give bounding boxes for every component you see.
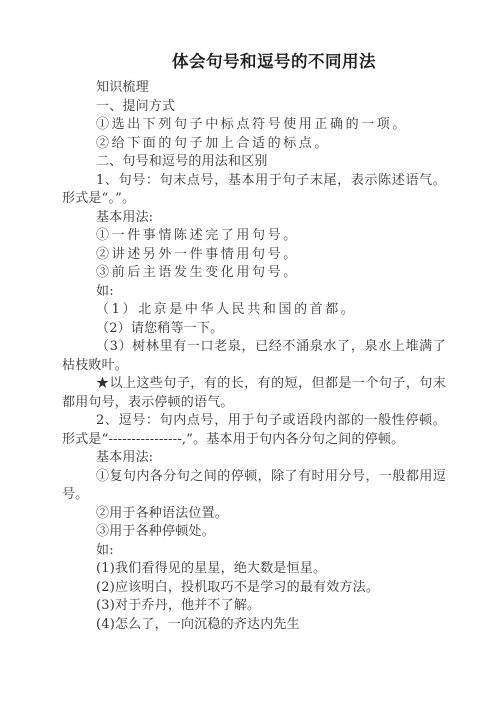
paragraph: （1）北京是中华人民共和国的首都。 (62, 301, 446, 320)
paragraph: ③用于各种停顿处。 (62, 523, 446, 542)
paragraph: 基本用法: (62, 209, 446, 228)
paragraph: 二、句号和逗号的用法和区别 (62, 153, 446, 172)
paragraph: 如: (62, 283, 446, 302)
paragraph: ①选出下列句子中标点符号使用正确的一项。 (62, 116, 446, 135)
paragraph: ②讲述另外一件事情用句号。 (62, 246, 446, 265)
paragraph: (1)我们看得见的星星，绝大数是恒星。 (62, 560, 446, 579)
document-body: 知识梳理一、提问方式①选出下列句子中标点符号使用正确的一项。②给下面的句子加上合… (62, 79, 446, 634)
paragraph: (2)应该明白，投机取巧不是学习的最有效方法。 (62, 579, 446, 598)
paragraph: ①一件事情陈述完了用句号。 (62, 227, 446, 246)
paragraph: 一、提问方式 (62, 98, 446, 117)
paragraph: (4)怎么了，一向沉稳的齐达内先生 (62, 616, 446, 635)
document-title: 体会句号和逗号的不同用法 (62, 50, 446, 74)
paragraph: 知识梳理 (62, 79, 446, 98)
document-page: 体会句号和逗号的不同用法 知识梳理一、提问方式①选出下列句子中标点符号使用正确的… (0, 0, 500, 707)
paragraph: 如: (62, 542, 446, 561)
paragraph: 基本用法: (62, 449, 446, 468)
paragraph: ②给下面的句子加上合适的标点。 (62, 135, 446, 154)
paragraph: 2、逗号：句内点号，用于句子或语段内部的一般性停顿。形式是“----------… (62, 412, 446, 449)
paragraph: （2）请您稍等一下。 (62, 320, 446, 339)
paragraph: ②用于各种语法位置。 (62, 505, 446, 524)
paragraph: ③前后主语发生变化用句号。 (62, 264, 446, 283)
paragraph: 1、句号：句末点号，基本用于句子末尾，表示陈述语气。形式是“。”。 (62, 172, 446, 209)
paragraph: ①复句内各分句之间的停顿，除了有时用分号，一般都用逗号。 (62, 468, 446, 505)
paragraph: （3）树林里有一口老泉，已经不涌泉水了，泉水上堆满了枯枝败叶。 (62, 338, 446, 375)
paragraph: (3)对于乔丹，他并不了解。 (62, 597, 446, 616)
paragraph: ★以上这些句子，有的长，有的短，但都是一个句子，句末都用句号，表示停顿的语气。 (62, 375, 446, 412)
